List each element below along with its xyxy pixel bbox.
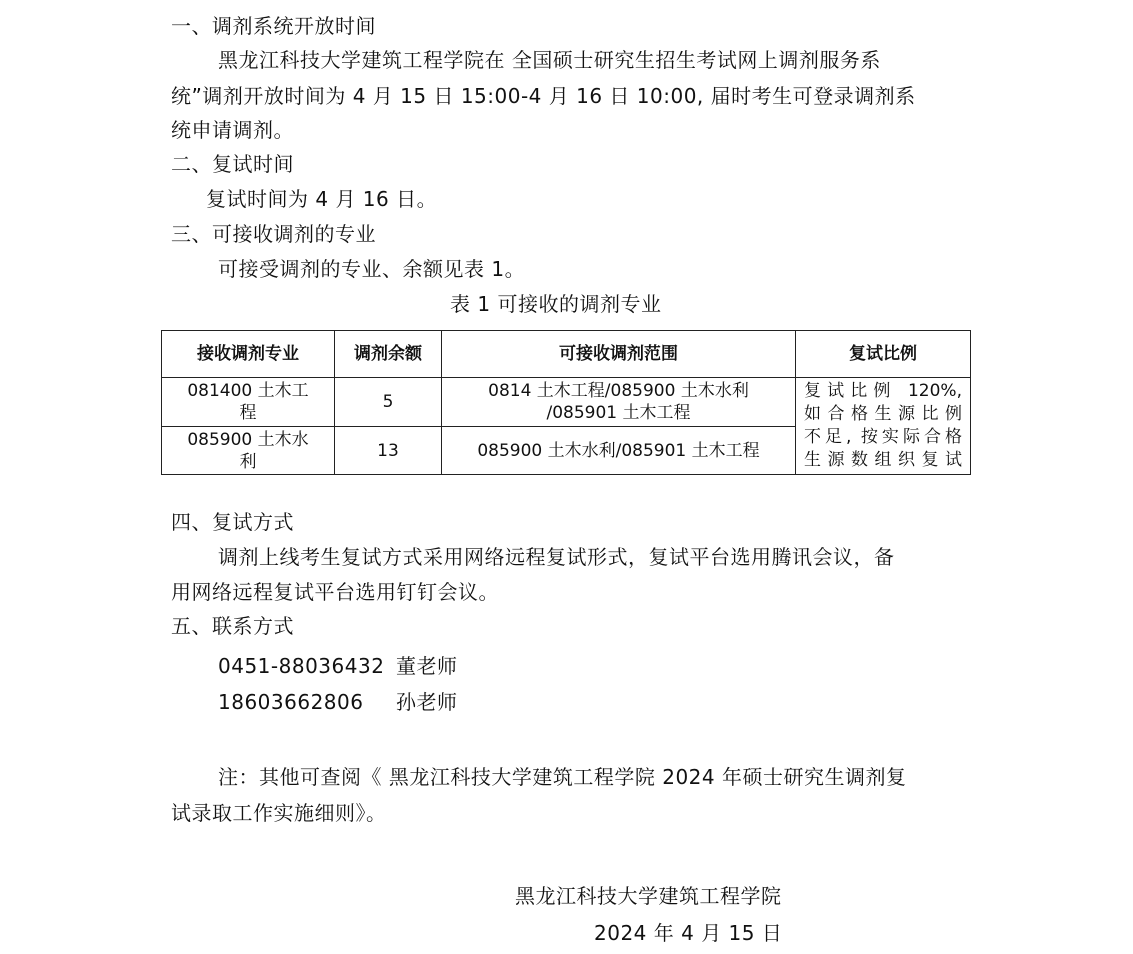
section-2-body: 复试时间为 4 月 16 日。 xyxy=(206,187,437,211)
major-line-2: 程 xyxy=(168,402,328,424)
header-quota: 调剂余额 xyxy=(335,331,442,378)
ratio-line-3: 不足, 按实际合格 xyxy=(804,426,962,449)
section-1-title: 一、调剂系统开放时间 xyxy=(171,14,376,38)
contact-name-2: 孙老师 xyxy=(396,690,458,714)
table-row: 081400 土木工 程 5 0814 土木工程/085900 土木水利 /08… xyxy=(162,378,971,427)
cell-major: 085900 土木水 利 xyxy=(162,427,335,475)
cell-quota: 5 xyxy=(335,378,442,427)
cell-ratio: 复试比例 120%, 如合格生源比例 不足, 按实际合格 生源数组织复试 xyxy=(796,378,971,475)
ratio-line-1: 复试比例 120%, xyxy=(804,380,962,403)
section-4-title: 四、复试方式 xyxy=(171,510,294,534)
section-3-title: 三、可接收调剂的专业 xyxy=(171,222,376,246)
range-line-1: 0814 土木工程/085900 土木水利 xyxy=(448,380,789,402)
section-2-title: 二、复试时间 xyxy=(171,152,294,176)
header-range: 可接收调剂范围 xyxy=(442,331,796,378)
section-3-body: 可接受调剂的专业、余额见表 1。 xyxy=(218,257,525,281)
note-line-2: 试录取工作实施细则》。 xyxy=(171,801,387,825)
transfer-majors-table: 接收调剂专业 调剂余额 可接收调剂范围 复试比例 081400 土木工 程 5 … xyxy=(161,330,971,475)
major-line-1: 085900 土木水 xyxy=(168,429,328,451)
range-line-2: /085901 土木工程 xyxy=(448,402,789,424)
ratio-line-2: 如合格生源比例 xyxy=(804,403,962,426)
section-4-body-line-2: 用网络远程复试平台选用钉钉会议。 xyxy=(171,580,499,604)
section-4-body-line-1: 调剂上线考生复试方式采用网络远程复试形式，复试平台选用腾讯会议，备 xyxy=(218,545,895,569)
section-5-title: 五、联系方式 xyxy=(171,614,294,638)
contact-name-1: 董老师 xyxy=(396,654,458,678)
section-1-body-line-3: 统申请调剂。 xyxy=(171,118,294,142)
table-header-row: 接收调剂专业 调剂余额 可接收调剂范围 复试比例 xyxy=(162,331,971,378)
contact-phone-2: 18603662806 xyxy=(218,690,363,714)
note-line-1: 注：其他可查阅《 黑龙江科技大学建筑工程学院 2024 年硕士研究生调剂复 xyxy=(218,765,906,789)
cell-major: 081400 土木工 程 xyxy=(162,378,335,427)
header-ratio: 复试比例 xyxy=(796,331,971,378)
cell-quota: 13 xyxy=(335,427,442,475)
table-caption: 表 1 可接收的调剂专业 xyxy=(450,292,661,316)
major-line-2: 利 xyxy=(168,451,328,473)
section-1-body-line-1: 黑龙江科技大学建筑工程学院在 全国硕士研究生招生考试网上调剂服务系 xyxy=(218,48,881,72)
signature-organization: 黑龙江科技大学建筑工程学院 xyxy=(515,884,782,908)
section-1-body-line-2: 统”调剂开放时间为 4 月 15 日 15:00-4 月 16 日 10:00,… xyxy=(171,84,916,108)
signature-date: 2024 年 4 月 15 日 xyxy=(594,921,782,945)
cell-range: 085900 土木水利/085901 土木工程 xyxy=(442,427,796,475)
contact-phone-1: 0451-88036432 xyxy=(218,654,384,678)
header-major: 接收调剂专业 xyxy=(162,331,335,378)
ratio-line-4: 生源数组织复试 xyxy=(804,449,962,472)
cell-range: 0814 土木工程/085900 土木水利 /085901 土木工程 xyxy=(442,378,796,427)
major-line-1: 081400 土木工 xyxy=(168,380,328,402)
